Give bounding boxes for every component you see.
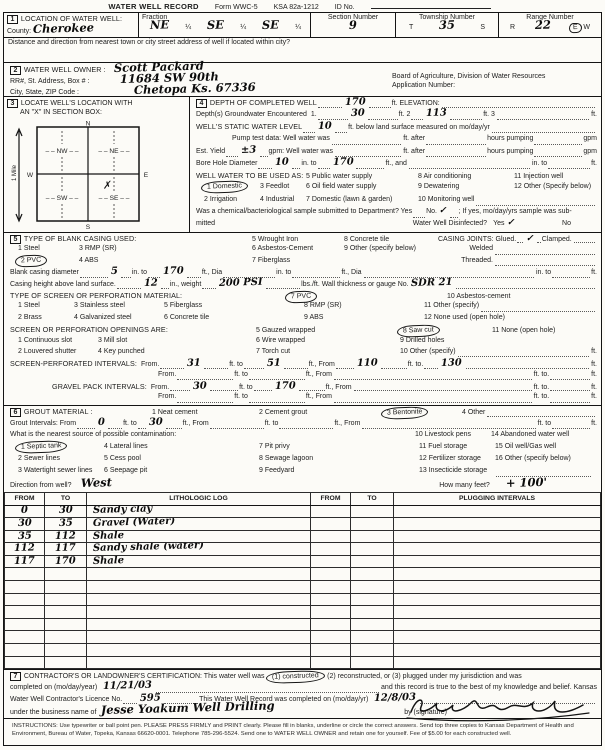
township-prefix: T — [409, 24, 413, 31]
grout-ft-to-2-label: ft. to — [265, 420, 279, 427]
use-option-2: 2 Irrigation — [204, 196, 260, 203]
sp-ft-suffix: ft. — [591, 361, 597, 368]
section-2-owner: 2 WATER WELL OWNER : Scott Packard RR#, … — [4, 63, 601, 97]
lith-from: 112 — [12, 544, 37, 553]
quadrant-sw-label: – – SW – – — [46, 195, 79, 202]
use-option-3: 3 Feedlot — [260, 183, 306, 190]
casing-option-8: 8 Concrete tile — [344, 236, 438, 243]
sp-ft-suffix-2: ft. — [591, 371, 597, 378]
contamination-option-2: 2 Sewer lines — [18, 455, 104, 462]
certification-text-3: and this record is true to the best of m… — [381, 684, 597, 691]
col-header-from-2: FROM — [311, 492, 351, 505]
screen-option-12: 12 None used (open hole) — [424, 314, 505, 321]
grout-ft-to-3-label: ft. to — [538, 420, 552, 427]
dia-in-to-2-label: in. to — [276, 269, 291, 276]
lith-from: 0 — [19, 507, 30, 515]
casing-option-6: 6 Asbestos-Cement — [252, 245, 344, 252]
opening-option-9: 9 Drilled holes — [400, 337, 444, 344]
grout-option-3-bentonite-circled: 3 Bentonite — [381, 406, 429, 420]
range-prefix: R — [510, 24, 515, 31]
screen-option-3: 3 Stainless steel — [74, 302, 164, 309]
opening-option-1: 1 Continuous slot — [18, 337, 98, 344]
west-label: W — [27, 172, 34, 179]
grout-from-value: 0 — [96, 419, 107, 427]
col-header-plugging-intervals: PLUGGING INTERVALS — [394, 492, 601, 505]
casing-depth-value: 170 — [161, 268, 186, 277]
contamination-option-7: 7 Pit privy — [259, 443, 419, 450]
yield-hours-label: hours pumping — [487, 148, 533, 155]
sp-interval-2-from: 110 — [355, 360, 380, 369]
locate-title-2: AN "X" IN SECTION BOX: — [7, 109, 186, 119]
gauge-value: SDR 21 — [408, 278, 454, 287]
bore-in-to-label: in. to — [301, 160, 316, 167]
section-box-diagram: 1 Mile – – NW – – – – NE – – – – SW – – — [7, 119, 185, 231]
use-option-6: 6 Oil field water supply — [306, 183, 418, 190]
section-number-cell: Section Number 9 — [311, 13, 396, 37]
completed-date-value: 11/21/03 — [101, 682, 154, 691]
gw-depth-1-value: 30 — [349, 110, 367, 118]
casing-title: TYPE OF BLANK CASING USED: — [24, 234, 136, 243]
opening-option-6: 6 Wire wrapped — [256, 337, 400, 344]
range-value: 22 — [533, 20, 553, 30]
fraction-1-value: NE — [148, 20, 172, 30]
section-3-number: 3 — [7, 99, 18, 108]
screen-option-6: 6 Concrete tile — [164, 314, 304, 321]
sp-interval-1-from: 31 — [185, 360, 203, 368]
south-label: S — [86, 224, 91, 231]
range-east-circled: E — [569, 23, 582, 33]
glued-checkmark: ✓ — [524, 236, 536, 243]
lith-to: 170 — [53, 557, 78, 566]
table-row: 35 112 Shale — [5, 530, 601, 543]
use-label: WELL WATER TO BE USED AS: — [196, 171, 306, 180]
table-row: 0 30 Sandy clay — [5, 505, 601, 518]
disinfected-yes-checkmark: ✓ — [504, 220, 516, 227]
table-row — [5, 581, 601, 594]
lith-from: 30 — [15, 519, 33, 527]
gp-ft-suffix: ft. — [591, 384, 597, 391]
section-6-number: 6 — [10, 408, 21, 417]
sample-question: Was a chemical/bacteriological sample su… — [196, 208, 412, 215]
yield-suffix-label: gpm: Well water was — [269, 148, 333, 155]
use-option-8: 8 Air conditioning — [418, 173, 514, 180]
screen-option-10: 10 Asbestos-cement — [447, 293, 597, 300]
contamination-option-1-septic-circled: 1 Septic tank — [15, 440, 68, 454]
how-many-feet-label: How many feet? — [439, 482, 490, 489]
opening-option-11: 11 None (open hole) — [492, 327, 555, 334]
table-row: 117 170 Shale — [5, 555, 601, 568]
table-row — [5, 618, 601, 631]
gp-ft-to-2-label: ft. to. — [534, 384, 550, 391]
section-2-number: 2 — [10, 66, 21, 75]
form-header: WATER WELL RECORD Form WWC-5 KSA 82a-121… — [0, 2, 599, 11]
instructions-line-1: INSTRUCTIONS: Use typewriter or ball poi… — [12, 722, 593, 730]
table-row — [5, 568, 601, 581]
opening-option-4: 4 Key punched — [98, 348, 256, 355]
sp-ft-to-3-label: ft. to — [234, 371, 248, 378]
dia-in-to-3-label: in. to — [536, 269, 551, 276]
lith-log: Shale — [91, 557, 126, 566]
north-label: N — [86, 121, 91, 128]
section-number-value: 9 — [347, 21, 359, 30]
bore-in-to-2-label: in. to — [532, 160, 547, 167]
sp-ft-from-2-label: ft., From — [306, 371, 332, 378]
county-cell: 1 LOCATION OF WATER WELL: County: Cherok… — [4, 13, 139, 37]
gw-3-label: ft. 3 — [483, 111, 495, 118]
gw-1-label: 1. — [311, 111, 317, 118]
casing-joints-welded-label: Welded — [438, 245, 493, 252]
business-name-label: under the business name of — [10, 709, 96, 716]
lith-from: 35 — [15, 532, 33, 540]
sp-from-2-label: From. — [158, 371, 176, 378]
dia-ft-suffix: ft. — [591, 269, 597, 276]
opening-option-3: 3 Mill slot — [98, 337, 256, 344]
lith-from: 117 — [12, 557, 37, 566]
use-option-9: 9 Dewatering — [418, 183, 514, 190]
form-number: Form WWC-5 — [215, 4, 258, 11]
disinfected-question: Water Well Disinfected? — [413, 220, 487, 227]
bore-hole-label: Bore Hole Diameter — [196, 160, 257, 167]
opening-option-10: 10 Other (specify) — [400, 348, 456, 355]
quadrant-se-label: – – SE – – — [99, 195, 130, 202]
pump-after-label: ft. after — [403, 135, 425, 142]
use-option-7: 7 Domestic (lawn & garden) — [306, 196, 418, 203]
est-yield-label: Est. Yield — [196, 148, 225, 155]
range-west: W — [583, 24, 590, 31]
contamination-option-12: 12 Fertilizer storage — [419, 455, 495, 462]
township-suffix: S — [480, 24, 485, 31]
gp-from-2-label: From. — [158, 393, 176, 400]
table-row — [5, 606, 601, 619]
city-label: City, State, ZIP Code : — [10, 89, 118, 96]
use-option-5: 5 Public water supply — [306, 173, 418, 180]
elevation-label: ft. ELEVATION: — [392, 100, 440, 107]
screen-option-9: 9 ABS — [304, 314, 424, 321]
feet-value: + 100' — [504, 478, 549, 488]
gp-ft-from-2-label: ft., From — [306, 393, 332, 400]
grout-option-4: 4 Other — [462, 409, 485, 416]
lith-to: 30 — [56, 507, 74, 515]
lith-table-body: 0 30 Sandy clay 30 35 Gravel (Water) 35 … — [5, 505, 601, 669]
sample-no-checkmark: ✓ — [437, 207, 449, 214]
quarter-mark-3: ¼ — [295, 24, 301, 31]
grout-ft-from-2-label: ft., From — [334, 420, 360, 427]
gw-depth-2-value: 113 — [424, 110, 449, 119]
contractor-signature — [403, 692, 593, 722]
disinfected-yes-label: Yes — [493, 220, 504, 227]
depth-value: 170 — [343, 98, 368, 107]
quarter-mark-2: ¼ — [240, 24, 246, 31]
dia-in-to-label: in. to — [132, 269, 147, 276]
groundwater-label: Depth(s) Groundwater Encountered — [196, 111, 307, 118]
gp-ft-to-4-label: ft. to. — [534, 393, 550, 400]
screen-option-4: 4 Galvanized steel — [74, 314, 164, 321]
gp-interval-to: 170 — [272, 382, 297, 391]
lithologic-log-table: FROM TO LITHOLOGIC LOG FROM TO PLUGGING … — [4, 492, 601, 670]
lith-log: Gravel (Water) — [91, 518, 177, 528]
id-label: ID No. — [335, 4, 355, 11]
gp-from-label: From. — [151, 384, 169, 391]
quarter-mark-1: ¼ — [185, 24, 191, 31]
one-mile-label: 1 Mile — [12, 164, 18, 181]
section-7-certification: 7 CONTRACTOR'S OR LANDOWNER'S CERTIFICAT… — [4, 669, 601, 718]
grout-ft-from-label: ft., From — [183, 420, 209, 427]
casing-option-9: 9 Other (specify below) — [344, 245, 438, 252]
table-row: 30 35 Gravel (Water) — [5, 518, 601, 531]
well-location-x-mark: ✗ — [102, 180, 112, 192]
table-row — [5, 631, 601, 644]
contamination-option-8: 8 Sewage lagoon — [259, 455, 419, 462]
casing-diameter-value: 5 — [109, 268, 120, 276]
instructions-line-2: Environment, Bureau of Water, Topeka, Ka… — [12, 730, 593, 738]
screen-option-8: 8 RMP (SR) — [304, 302, 424, 309]
completed-on-label: completed on (mo/day/year) — [10, 684, 97, 691]
owner-title: WATER WELL OWNER : — [24, 65, 106, 74]
section-5-number: 5 — [10, 235, 21, 244]
screen-material-title: TYPE OF SCREEN OR PERFORATION MATERIAL: — [10, 291, 288, 300]
use-option-4: 4 Industrial — [260, 196, 306, 203]
water-well-record-form: WATER WELL RECORD Form WWC-5 KSA 82a-121… — [0, 0, 605, 750]
city-value: Chetopa Ks. 67336 — [132, 83, 258, 95]
ksa-number: KSA 82a-1212 — [274, 4, 319, 11]
gp-ft-from-label: ft., From — [326, 384, 352, 391]
casing-option-2-pvc-circled: 2 PVC — [15, 254, 48, 267]
weight-value: 200 PSI — [217, 278, 265, 287]
locate-title-1: LOCATE WELL'S LOCATION WITH — [21, 100, 133, 107]
county-label: County: — [7, 28, 31, 35]
casing-option-1: 1 Steel — [18, 245, 79, 252]
sp-from-label: From. — [141, 361, 159, 368]
section-4-depth: 4 DEPTH OF COMPLETED WELL 170 ft. ELEVAT… — [190, 97, 601, 232]
section-7-number: 7 — [10, 672, 21, 681]
fraction-2-value: SE — [205, 20, 226, 30]
sp-ft-from-label: ft., From — [309, 361, 335, 368]
direction-from-well-label: Direction from well? — [10, 482, 71, 489]
lith-log: Sandy clay — [91, 506, 155, 516]
gp-ft-suffix-2: ft. — [591, 393, 597, 400]
use-option-11: 11 Injection well — [514, 173, 563, 180]
form-title: WATER WELL RECORD — [108, 2, 198, 11]
section-1-number: 1 — [7, 15, 18, 24]
casing-joints-threaded-label: Threaded. — [438, 257, 493, 264]
contamination-option-6: 6 Seepage pit — [104, 467, 259, 474]
grout-intervals-label: Grout Intervals: From — [10, 420, 76, 427]
sp-ft-to-4-label: ft. to. — [534, 371, 550, 378]
section-4-number: 4 — [196, 99, 207, 108]
contamination-question: What is the nearest source of possible c… — [10, 431, 415, 438]
sample-mitted: mitted — [196, 220, 215, 227]
table-row — [5, 593, 601, 606]
license-label: Water Well Contractor's Licence No. — [10, 696, 122, 703]
grout-ft-suffix: ft. — [591, 420, 597, 427]
opening-option-5: 5 Gauzed wrapped — [256, 327, 400, 334]
bore-and-label: ft., and — [385, 160, 406, 167]
instructions-block: INSTRUCTIONS: Use typewriter or ball poi… — [4, 718, 601, 745]
col-header-to-2: TO — [351, 492, 394, 505]
section-1-location: 1 LOCATION OF WATER WELL: County: Cherok… — [4, 13, 601, 38]
use-option-12: 12 Other (Specify below) — [514, 183, 591, 190]
grout-ft-to-label: ft. to — [123, 420, 137, 427]
opening-ft-suffix: ft. — [591, 348, 597, 355]
table-row: 112 117 Sandy shale (water) — [5, 543, 601, 556]
gp-ft-to-3-label: ft. to — [234, 393, 248, 400]
gravel-pack-intervals-label: GRAVEL PACK INTERVALS: — [52, 382, 147, 391]
static-water-level-suffix: ft. below land surface measured on mo/da… — [348, 124, 490, 131]
section-5-casing: 5 TYPE OF BLANK CASING USED: 5 Wrought I… — [4, 233, 601, 406]
fraction-cell: Fraction NE ¼ SE ¼ SE ¼ — [139, 13, 311, 37]
pump-gpm-label: gpm — [583, 135, 597, 142]
sample-suffix: ; If yes, mo/day/yrs sample was sub- — [459, 208, 572, 215]
lith-to: 35 — [56, 519, 74, 527]
east-label: E — [144, 172, 149, 179]
gp-ft-to-label: ft. to — [239, 384, 253, 391]
gp-interval-from: 30 — [191, 383, 209, 391]
casing-height-label: Casing height above land surface. — [10, 281, 116, 288]
certification-text-2: (2) reconstructed, or (3) plugged under … — [327, 673, 522, 680]
casing-diameter-label: Blank casing diameter — [10, 269, 79, 276]
casing-option-7: 7 Fiberglass — [252, 257, 344, 264]
address-label: RR#, St. Address, Box # : — [10, 78, 118, 85]
contamination-option-5: 5 Cess pool — [104, 455, 259, 462]
casing-option-4: 4 ABS — [79, 257, 252, 264]
contamination-option-16: 16 Other (specify below) — [495, 455, 571, 462]
id-blank — [371, 2, 491, 9]
county-value: Cherokee — [31, 23, 96, 34]
opening-option-2: 2 Louvered shutter — [18, 348, 98, 355]
screen-option-11: 11 Other (specify) — [424, 302, 479, 309]
contamination-option-11: 11 Fuel storage — [419, 443, 495, 450]
distance-question: Distance and direction from nearest town… — [8, 39, 290, 46]
gw-2-label: ft. 2 — [399, 111, 411, 118]
township-value: 35 — [437, 20, 457, 30]
casing-joints-glued-label: CASING JOINTS: Glued. — [438, 236, 516, 243]
bore-depth-value: 170 — [330, 158, 355, 167]
township-cell: Township Number T 35 S — [396, 13, 499, 37]
disinfected-no-label: No — [562, 220, 571, 227]
col-header-from-1: FROM — [5, 492, 45, 505]
grout-option-1: 1 Neat cement — [152, 409, 259, 416]
casing-option-5: 5 Wrought Iron — [252, 236, 344, 243]
col-header-lithologic-log: LITHOLOGIC LOG — [87, 492, 311, 505]
application-number-label: Application Number: — [392, 81, 545, 90]
bore-diameter-value: 10 — [273, 158, 291, 166]
pump-hours-label: hours pumping — [487, 135, 533, 142]
depth-label: DEPTH OF COMPLETED WELL — [210, 98, 317, 107]
contamination-option-10: 10 Livestock pens — [415, 431, 491, 438]
board-block: Board of Agriculture, Division of Water … — [392, 72, 545, 90]
screen-option-5: 5 Fiberglass — [164, 302, 304, 309]
fraction-3-value: SE — [260, 20, 281, 30]
range-cell: Range Number R 22 EW — [499, 13, 601, 37]
est-yield-value: ±3 — [239, 146, 259, 155]
weight-label: in., weight — [170, 281, 202, 288]
sp-interval-2-to: 130 — [439, 360, 464, 369]
section-6-grout: 6 GROUT MATERIAL : 1 Neat cement 2 Cemen… — [4, 406, 601, 492]
contamination-option-9: 9 Feedyard — [259, 467, 419, 474]
sp-ft-to-label: ft. to — [229, 361, 243, 368]
contamination-option-3: 3 Watertight sewer lines — [18, 467, 104, 474]
quadrant-ne-label: – – NE – – — [98, 148, 129, 155]
contamination-option-4: 4 Lateral lines — [104, 443, 259, 450]
grout-option-2: 2 Cement grout — [259, 409, 384, 416]
col-header-to-1: TO — [45, 492, 87, 505]
section-3-locate: 3 LOCATE WELL'S LOCATION WITH AN "X" IN … — [4, 97, 190, 232]
table-row — [5, 656, 601, 669]
sections-3-4: 3 LOCATE WELL'S LOCATION WITH AN "X" IN … — [4, 97, 601, 233]
bore-ft-suffix: ft. — [591, 160, 597, 167]
contamination-option-14: 14 Abandoned water well — [491, 431, 569, 438]
screen-perforated-intervals-label: SCREEN-PERFORATED INTERVALS: — [10, 359, 137, 368]
table-row — [5, 644, 601, 657]
grout-title: GROUT MATERIAL : — [24, 407, 93, 416]
static-water-level-label: WELL'S STATIC WATER LEVEL — [196, 122, 302, 131]
business-name-value: Jesse Yoakum Well Drilling — [99, 702, 277, 716]
screen-option-2: 2 Brass — [18, 314, 74, 321]
sp-interval-1-to: 51 — [265, 360, 283, 368]
casing-option-3: 3 RMP (SR) — [79, 245, 252, 252]
direction-value: West — [79, 479, 114, 489]
gw-ft-suffix: ft. — [591, 111, 597, 118]
contamination-option-15: 15 Oil well/Gas well — [495, 443, 556, 450]
use-option-1-domestic-circled: 1 Domestic — [201, 180, 248, 194]
opening-option-7: 7 Torch cut — [256, 348, 400, 355]
screen-option-1: 1 Steel — [18, 302, 74, 309]
wall-thickness-label: lbs./ft. Wall thickness or gauge No. — [301, 281, 409, 288]
sp-ft-to-2-label: ft. to. — [408, 361, 424, 368]
grout-to-value: 30 — [147, 418, 165, 426]
openings-title: SCREEN OR PERFORATION OPENINGS ARE: — [10, 325, 256, 334]
lith-to: 117 — [53, 544, 78, 553]
casing-joints-clamped-label: Clamped. — [542, 236, 572, 243]
yield-after-label: ft. after — [403, 148, 425, 155]
quadrant-nw-label: – – NW – – — [46, 148, 79, 155]
sample-no-label: No. — [426, 208, 437, 215]
dia-ft-dia-label: ft., Dia — [202, 269, 222, 276]
yield-gpm-label: gpm — [583, 148, 597, 155]
casing-height-value: 12 — [142, 279, 160, 287]
static-water-level-value: 10 — [316, 123, 334, 131]
distance-question-row: Distance and direction from nearest town… — [4, 38, 601, 63]
table-header-row: FROM TO LITHOLOGIC LOG FROM TO PLUGGING … — [5, 492, 601, 505]
board-of-agriculture-text: Board of Agriculture, Division of Water … — [392, 72, 545, 81]
form-body: 1 LOCATION OF WATER WELL: County: Cherok… — [3, 12, 602, 746]
pump-test-label: Pump test data: Well water was — [232, 135, 330, 142]
lith-log: Shale — [91, 532, 126, 541]
lith-to: 112 — [53, 532, 78, 541]
use-option-10: 10 Monitoring well — [418, 196, 474, 203]
lith-log: Sandy shale (water) — [91, 543, 206, 553]
dia-ft-dia-2-label: ft., Dia — [341, 269, 361, 276]
contamination-option-13: 13 Insecticide storage — [419, 467, 495, 474]
